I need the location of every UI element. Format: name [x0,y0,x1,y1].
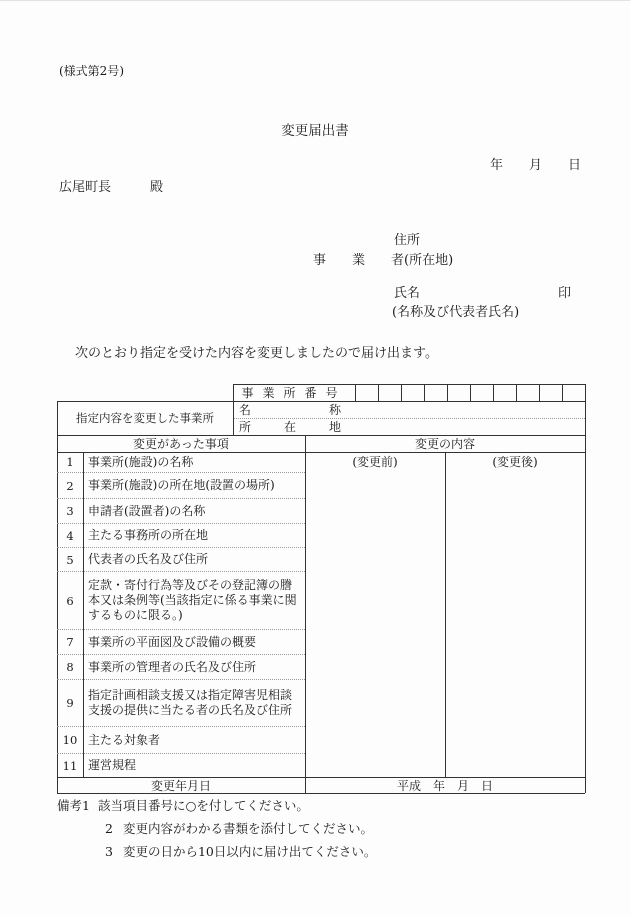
item-label: 事業所(施設)の所在地(設置の場所) [88,473,302,498]
digit-box [470,384,493,401]
item-row: 7 事業所の平面図及び設備の概要 [57,630,305,655]
digit-box [493,384,516,401]
item-row: 3 申請者(設置者)の名称 [57,499,305,524]
note-number: 2 [105,822,113,836]
before-label: (変更前) [305,454,445,469]
note-text: 変更の日から10日以内に届け出てください。 [123,845,376,859]
item-number: 5 [57,548,83,571]
item-row: 2 事業所(施設)の所在地(設置の場所) [57,473,305,499]
note-line-2: 2 変更内容がわかる書類を添付してください。 [105,822,373,836]
form-code: (様式第2号) [59,64,124,78]
item-label: 事業所の平面図及び設備の概要 [88,630,302,654]
item-number: 4 [57,524,83,547]
after-label: (変更後) [445,454,585,469]
item-label: 主たる対象者 [88,727,302,753]
note-line-1: 備考1 該当項目番号に○を付してください。 [57,799,309,813]
digit-box [424,384,447,401]
item-number: 2 [57,473,83,498]
note-prefix: 備考1 [57,799,90,813]
item-number: 7 [57,630,83,654]
honorific: 殿 [150,180,163,195]
digit-box [355,384,378,401]
document-page: (様式第2号) 変更届出書 年 月 日 広尾町長殿 住所 事 業 者(所在地) … [0,0,630,915]
item-label: 申請者(設置者)の名称 [88,499,302,523]
digit-box [539,384,562,401]
item-label: 事業所(施設)の名称 [88,452,302,472]
item-row: 9 指定計画相談支援又は指定障害児相談支援の提供に当たる者の氏名及び住所 [57,680,305,727]
item-number: 10 [57,727,83,753]
page-title: 変更届出書 [0,119,630,139]
form-table: 事業所番号 指定内容を変更した事業所 名称 所在地 変更があった事項 変更の内容… [57,384,585,793]
item-number: 1 [57,452,83,472]
intro-text: 次のとおり指定を受けた内容を変更しましたので届け出ます。 [75,347,438,361]
digit-box [447,384,470,401]
office-number-digit-boxes [355,384,585,401]
item-row: 1 事業所(施設)の名称 [57,452,305,473]
change-date-value: 平成 年 月 日 [305,777,585,793]
item-label: 指定計画相談支援又は指定障害児相談支援の提供に当たる者の氏名及び住所 [88,680,302,726]
date-line: 年 月 日 [490,159,581,173]
digit-box [516,384,539,401]
item-row: 6 定款・寄付行為等及びその登記簿の謄本又は条例等(当該指定に係る事業に関するも… [57,572,305,630]
business-operator-label: 事 業 者(所在地) [313,254,453,268]
item-number: 9 [57,680,83,726]
item-number: 6 [57,572,83,629]
digit-box [378,384,401,401]
item-row: 5 代表者の氏名及び住所 [57,548,305,572]
name-note: (名称及び代表者氏名) [392,306,519,320]
item-row: 8 事業所の管理者の氏名及び住所 [57,655,305,680]
item-label: 事業所の管理者の氏名及び住所 [88,655,302,679]
item-number: 8 [57,655,83,679]
digit-box [401,384,424,401]
addressee-line: 広尾町長殿 [59,181,163,195]
item-label: 定款・寄付行為等及びその登記簿の謄本又は条例等(当該指定に係る事業に関するものに… [88,572,302,629]
seal-label: 印 [558,287,571,301]
item-label: 運営規程 [88,754,302,777]
change-date-label: 変更年月日 [57,777,305,793]
change-content-header: 変更の内容 [305,435,585,452]
office-number-label: 事業所番号 [233,384,355,401]
office-name-label: 名称 [239,401,579,418]
office-location-label: 所在地 [239,418,579,435]
item-row: 4 主たる事務所の所在地 [57,524,305,548]
digit-box [562,384,585,401]
item-number: 3 [57,499,83,523]
item-row: 11 運営規程 [57,754,305,777]
address-label: 住所 [394,234,420,248]
changed-office-label: 指定内容を変更した事業所 [57,401,233,435]
note-text: 該当項目番号に○を付してください。 [98,799,309,813]
addressee: 広尾町長 [59,180,111,195]
changed-items-header: 変更があった事項 [57,435,305,452]
item-number: 11 [57,754,83,777]
note-number: 3 [105,845,113,859]
item-row: 10 主たる対象者 [57,727,305,754]
item-label: 主たる事務所の所在地 [88,524,302,547]
note-text: 変更内容がわかる書類を添付してください。 [123,822,373,836]
note-line-3: 3 変更の日から10日以内に届け出てください。 [105,845,376,859]
name-label: 氏名 [394,287,420,301]
item-label: 代表者の氏名及び住所 [88,548,302,571]
